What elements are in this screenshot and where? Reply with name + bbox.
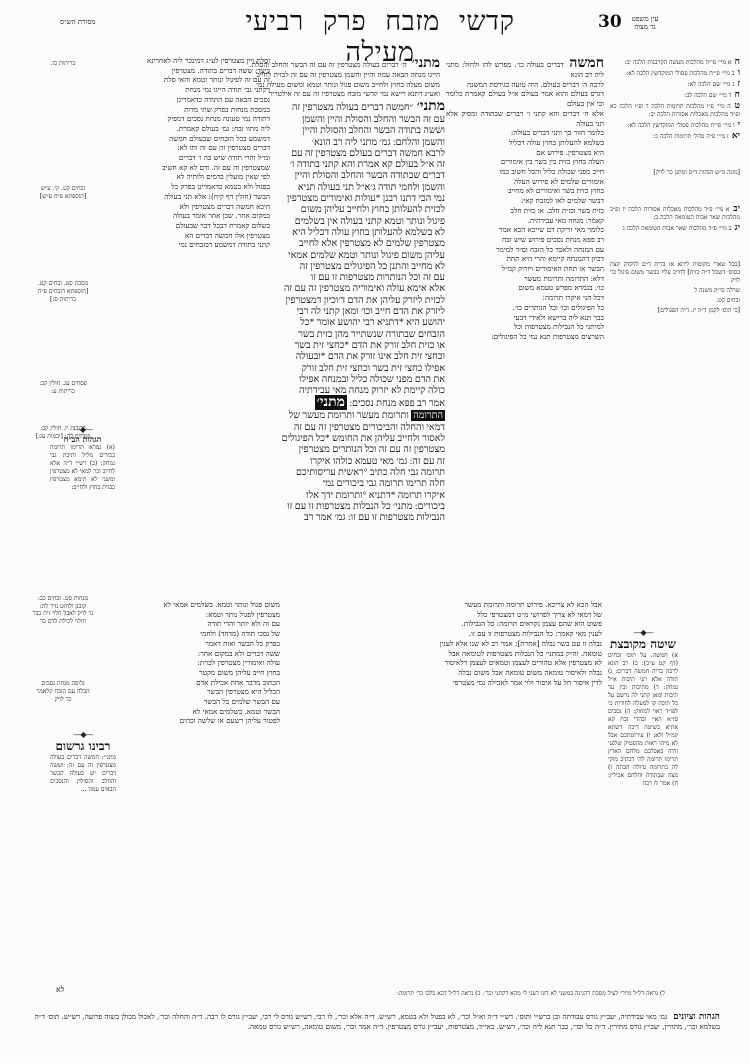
tosafot-line: במקום אחר. שכן אחר אומר בעולה [140,211,270,221]
ornament-divider: —◆— [50,425,115,434]
rashi-line: של דמאי לא צריך לפרושי מ״ט דמצטרפי כלל [282,610,602,620]
mishnah-marker-boxed: מתני׳ [315,395,347,410]
tosafot-line: דתודה נמי טעונה מנחת נסכים דמפיק [140,114,270,124]
ein-mishpat-letter: ט [731,102,740,111]
mesoret-hashas-header: מסורת הש״ס [60,18,95,26]
rashi-line: דגרס בעולם והוא אמר בעולם א״ל בעולם קאמר… [446,89,604,108]
gemara-line: לא בשלמא להעלותן בחוץ עולה דכליל היא [273,227,445,238]
gemara-line: חלה תרימו תרומה גבי ביכורים נמי [273,478,445,489]
rashi-line: כלומר מאי זריקת דם שייכא הכא אמר [446,225,604,235]
tosafot-line: משום מעלה בחוץ ולחייב משום פגול ונותר וט… [140,80,440,90]
gemara-line: והשמן ולחמי תודה ג׳א״ל תני בעולה תניא [273,182,445,193]
ein-mishpat-note: יב א מיי׳ פ״ד מהלכות מאכלות אסורות הלכה … [610,205,740,222]
tosafot-line: ואע״ג דתנא רישא נמי קדשי מזבח מצטרפין זה… [140,89,440,96]
hagahot-habach-title: הגהות הב״ח [50,434,115,444]
gemara-line: מתני׳ ״חמשה דברים בעולה מצטרפין זה [273,100,445,114]
mesoret-note: כריתות כו. [8,60,118,68]
tosafot-line: דמשמע בכל הזבחים שבעולם חמשה [140,134,270,144]
shita-mekubetzet-text: א) חמשה. על תוס׳ זבחים (דף קט ע״ב): ב) ר… [608,652,678,862]
tosafot-line: שמצטרפין זה עם זה. ודם לא קא חשיב [140,163,270,173]
gemara-line: לאסור ולחייב עליהן את החומש *כל הפיגולים [273,433,445,444]
ein-mishpat-note: שרלה סי״ק משנה ל [610,287,740,295]
tosafot-line: היכא חמשה דברים מצטרפין ולא [140,202,270,212]
ein-mishpat-note: יג ב מיי׳ פ״ד מהלכות שאר אבות הטומאה הלכ… [610,224,740,233]
gemara-line: מצטרפין שלמים לא מצטרפין אלא לחייב [273,238,445,249]
rashi-line: אימורים שלמים לא פירוש העלה [446,177,604,187]
tosafot-commentary: וסלת ויין מצטרפין לע״ג דמינכר ליה לאחרינ… [140,56,270,656]
gemara-line: או כזית חלב זורק את הדם *כחצי זית בשר [273,340,445,351]
gemara-line: התרומה ותרומת מעשר ותרומת מעשר של [273,410,445,421]
rashi-line: אלא ה׳ דברים והא קתני ו׳ דברים שבתודה ומ… [446,109,604,128]
mesoret-note: נר לויק לאבל חלוי זית כבר חולוי לכילת לד… [8,610,118,626]
gemara-line: פיגול ונותר וטמא קתני בעולה אין בשלמים [273,216,445,227]
gemara-line: דמאי והחלה והביכורים מצטרפין זה עם זה [273,422,445,433]
tosafot-line: בפרק כל הבשר ואות דאמר [120,639,280,649]
mesoret-note: מסכת סט. ובחים קט. [תוספתא דזבחים פ״ח כר… [8,280,118,304]
tosafot-line: לפי שאין מועלין בדמים ולותיה לא [140,172,270,182]
gemara-line: כולה קיימת לא יזרוק מנחה מאי עבידתיה [273,385,445,396]
tosafot-line: עם זה ולא יותר והרי תודה [120,619,280,629]
rashi-line: הבשר או תחת האימורים ויזרוק קמ״ל [446,264,604,274]
ornament-divider: —◆— [50,730,116,739]
rashi-line: חייב מפני שכולה כליל והכל חשוב כמו [446,167,604,177]
tosafot-line: ומ״ל והרי תודה שיש בה ו׳ דברים [140,153,270,163]
gemara-line: הזבחים שבתורה שנשתייר מהן כזית בשר [273,329,445,340]
rashi-line: לענין מאי קאמר: כל הנבילות מצטרפות זו עם… [282,629,602,639]
rashi-line: רב פפא מנחת נסכים פירוש שיש זבח [446,235,604,245]
gemara-line: דברים שבתודה הבשר והחלב והסולת והיין [273,170,445,181]
page-number: 30 [598,12,622,32]
ein-mishpat-column: ח א מיי׳ פי״ח מהלכות מעשה הקרבנות הלכה י… [610,58,740,317]
rashi-line: למיתני כל הנבילות מצטרפות וכל [446,322,604,332]
rashi-line: כו׳. בגמרא מפרש טעמא משום [446,283,604,293]
ein-mishpat-letter: יא [729,132,740,141]
rashi-line: העלה בחוץ כזית בין בשר בין אימורים [446,157,604,167]
ein-mishpat-letter: יג [732,224,740,233]
gemara-line: וששה בתודה הבשר והחלב והסולת והיין [273,125,445,136]
ein-mishpat-note: ו ב מיי׳ פי״ח מהלכות פסולי המוקדשין הלכה… [610,69,740,78]
footer-entry: מצטרפין. ד״ה אמר וכר׳, משום טומאה, רש״ש … [248,1022,412,1031]
tosafot-line: הבשר (חולין דף קיח): אלא תני בעולה [140,192,270,202]
rashi-line: טומאה. וה״ק במתני׳ כל הנבלות מצטרפות לטו… [282,649,602,659]
ein-mishpat-letter: ח [732,58,740,67]
gemara-line: אפילו כחצי זית בשר וכחצי זית חלב זורק [273,363,445,374]
tosafot-opening: מתני׳ ה׳ דברים בעולה מצטרפין זה עם זה הב… [140,56,440,96]
shita-mekubetzet-section: —◆— שיטה מקובצת א) חמשה. על תוס׳ זבחים (… [608,628,678,862]
ein-mishpat-letter: ז [734,80,740,89]
rashi-line: בשלמא להעלותן בחוץ עולה דכליל [446,138,604,148]
bottom-note: ל) נראה דל״ל מיירי לעיל מסכת דהגינה במשנ… [235,990,665,998]
gemara-line: לא מחייב והתנן כל הפיגולים מצטרפין זה [273,261,445,272]
rashi-line: לדין איסור חל על איסור ולוי אמר לאכילה נ… [282,678,602,688]
rabbeinu-gershom-text: מתני׳: חמשה דברים בעולה מצטרפין זה עם זה… [50,754,116,794]
gemara-line: ביכורים: מתני׳ כל הנבלות מצטרפות זו עם ז… [273,501,445,512]
ein-mishpat-letter: ח [732,91,740,100]
tosafot-line: מתני׳ ה׳ דברים בעולה מצטרפין זה עם זה הב… [140,56,440,70]
gemara-line: נמי הכי דתנו רבנן *עולות ואימורים מצטרפי… [273,193,445,204]
ein-mishpat-note: ח ד מיי׳ שם הלכה לב: [610,91,740,100]
hagahot-vetziyunim: הגהות וציונים גמ׳ מאי עבידתיה, יעב״ץ גור… [20,1012,720,1032]
rashi-line: עם המנחה ולאבד כל הזבח וס״ד למימר [446,245,604,255]
gemara-line: וכחצי זית חלב אינו זורק את הדם *ובעולה [273,351,445,362]
footer-entries: גמ׳ מאי עבידתיה, יעב״ץ גורס עבודתה וכן ב… [35,1012,720,1031]
gemara-line: לכזית ליזרק עליהן את הדם ד׳וכיון דמצטרפי… [273,295,445,306]
ein-mishpat-note: ובחים קט. [610,297,740,305]
tosafot-lower-block: משום פגול ונותר וטמא. בשלמים אמאי לאמצטר… [120,600,280,800]
ein-mishpat-note: ט ה מיי׳ פ״ו מהלכות תרומות הלכה ד ופ״ו ה… [610,102,740,119]
tosafot-line: דברים מצטרפין זה עם זה ותו לא: [140,143,270,153]
lead-word: מתני׳ [407,56,440,71]
ein-mishpat-letter: יב [729,205,740,214]
rashi-line: פשוט הוא שהם עצמן נקראים תרומה: כל הנביל… [282,619,602,629]
tosafot-line: מצטרפין אלו חמשה דברים הא [140,231,270,241]
gemara-line: איקרו תרומה *דתניא °ותרומת ידך אלו [273,490,445,501]
tosafot-line: מצטרפין לפגול נותר וטמא: [120,610,280,620]
mesoret-note: מנחות סט. זבחים כב: קובנן ולחוט נזיר לת: [8,595,118,611]
rashi-line: נבלה ולאיסור טומאה משום טומאה אבל משום נ… [282,668,602,678]
tosafot-line: לפטור עליהן רשעם או שלשה וכהים [120,716,280,726]
rashi-line: דכיון דהמנחה קיימא והרי היא תחת [446,254,604,264]
tosafot-line: בפגול ולא בטמא כדאמרינן בפרק כל [140,182,270,192]
tosafot-line: בחוץ חייב עליהן משום מקטר [120,668,280,678]
rashi-line: כבר תנא ליה ברישא ולאידי דבעי [446,313,604,323]
gemara-line: אמר רב פפא מנחת נסכים: מתני׳ [273,396,445,410]
rashi-lower-block: אבל הכא לא צריכא. פירוש תרומה ותרומת מעש… [282,600,602,770]
tosafot-line: של נסכי תודה (מדהד) ולחמי [120,629,280,639]
ein-mishpat-note: ח א מיי׳ פי״ח מהלכות מעשה הקרבנות הלכה י… [610,58,740,67]
ein-mishpat-note: יא ז מיי׳ פ״ה מהל׳ תרומות הלכה כ: [610,132,740,141]
gemara-line: זה עם זה: גמ׳ מאי טעמא כולהו איקרו [273,456,445,467]
gemara-line: זה א״ל בעולם קא אמרת והא קתני בתודה ו׳ [273,159,445,170]
rashi-commentary: חמשה דברים בעולה כו׳. מפרש להו ולחזל: מת… [446,56,604,596]
tosafot-line: משום פגול ונותר וטמא. בשלמים אמאי לא [120,600,280,610]
footer-entry: גמ׳ מאי עבידתיה, יעב״ץ גורס עבודתה וכן ב… [513,1012,667,1021]
ein-mishpat-note: [כי הוס׳ לקמן ד״ה יז. ד״ה הפגולים] [610,307,740,315]
gemara-line: לרבא חמשה דברים בעולם מצטרפין זה עם [273,148,445,159]
gemara-line: מצטרפין זה עם זה וכל הנותרים מצטרפין [273,444,445,455]
rashi-line: לא מצטרפין אלא טהורים לעצמן וטמאים לעצמן… [282,658,602,668]
tosafot-line: הכליל היא מצטרפין הבשר [120,687,280,697]
ein-mishpat-note: [מוגה מ״ש הגהות ד״ס ומתנן כר לויק] [610,169,740,177]
ein-mishpat-note: [בכל שארי מקומות ליתא או בדית ד״ם לדקדק … [610,261,740,285]
rashi-line: דבשר שלמים לאו למזבח קאי: [446,196,604,206]
gemara-line: אלא אימא עולה ואימוריה מצטרפין זה עם זה [273,283,445,294]
tosafot-line: בשלום קאמרת דבכל דבר שבעולם [140,221,270,231]
tosafot-line: הייגו מנחה הבאה עמה והיין והשמן מצטרפין … [140,70,440,80]
tosafot-line: קתני בתודה דמשמע דבזבחים נמי [140,240,270,250]
rashi-line: היא מצטרפין. פירוש אם [446,148,604,158]
rashi-line: השרצים מצטרפות תנא נמי כל הפיגולים: [446,332,604,342]
footer-label: הגהות וציונים [673,1012,720,1022]
boxed-term: התרומה [411,410,445,421]
tosafot-line: עולה ואימורין מצטרפין לכזית: [120,658,280,668]
tosafot-line: נסכים הבאה עם התודה כדאמרינן [140,95,270,105]
ein-mishpat-header: עין משפט נר מצוה [625,15,665,31]
tosafot-line: ששה דברים ולא במקום אחר: [120,649,280,659]
rashi-line: כל הפיגולים וכו׳ וכל הנותרים כו׳. [446,303,604,313]
ein-mishpat-note: י ו מיי׳ פי״ח מהלכות פסולי המוקדשין הלכה… [610,121,740,130]
rashi-line: בחוץ כזית בשר ואימורים לא מחייב [446,186,604,196]
mesoret-note: זבחים קט. קי. ע״ש [תוספתא פ״ח ע״ש] [8,185,118,201]
rashi-line: דכל הני איקרו תרומה: [446,293,604,303]
mesoret-note: גלוסה מנחת נסכים הבלה עם הזבח קלאמר כר ל… [8,680,118,704]
rashi-line: אבל הכא לא צריכא. פירוש תרומה ותרומת מעש… [282,600,602,610]
catchword: לא [56,985,65,994]
ein-mishpat-note: ז ג מיי׳ שם הלכה לא: [610,80,740,89]
hagahot-habach-text: (א) גמרא תרימו תרומה בכורים מליל ותיבת ג… [50,444,115,492]
mishnah-marker: מתני׳ [413,100,445,114]
tosafot-line: הבשר וטמא. בשלמים אמאי לא [120,707,280,717]
gemara-line: עליהן משום פיגול ונותר וטמא שלמים אמאי [273,250,445,261]
tosafot-line: במסכת מנחות בפרק שתי מדות [140,105,270,115]
gemara-main-text: מתני׳ ״חמשה דברים בעולה מצטרפין זהעם זה … [273,100,445,580]
gemara-line: והשמן והלחם: גמ׳ מתני ליה רב הונא׳ [273,137,445,148]
rashi-line: דלא: התרומה ותרומת מעשר [446,274,604,284]
rashi-line: לרבה ה׳ דברים בעולם. היה טועה בגירסת המש… [446,80,604,90]
tosafot-line: ליה מתוו זבח: גמ׳ בעולם קאמרת. [140,124,270,134]
gemara-line: הנבילות מצטרפות זו עם זו: גמ׳ אמר רב [273,512,445,523]
gemara-line: עם זה וכל הנותרות מצטרפות זו עם זו [273,272,445,283]
tosafot-line: הכתוב מדבר אחת אכילת אדם [120,678,280,688]
gemara-line: את הדם מפני שכולה כליל ובמנחה אפילו [273,374,445,385]
gemara-line: לכזית להעלותן בחוץ ולחייב עליהן משום [273,204,445,215]
lead-word: חמשה [564,56,604,71]
tosafot-line: עם הבשר שלמים כל הבשר [120,697,280,707]
footer-entry: רש״י ד״ה וא״ל וכר׳, לא בפגול ולא בטמא, ר… [202,1012,513,1021]
ein-mishpat-letter: ו [735,69,740,78]
gemara-line: תרומה גבי חלה כתיב °ראשית עריסותיכם [273,467,445,478]
ornament-divider: —◆— [608,628,678,637]
rabbeinu-gershom-section: —◆— רבינו גרשום מתני׳: חמשה דברים בעולה … [50,730,116,794]
rashi-line: כלומר חזור בך ותני דברים בעולה: [446,128,604,138]
gemara-line: יהושע היא *דתניא רבי יהושע אומר *כל [273,317,445,328]
mesoret-note: פסחים עג. חולין קכ: כריתות ע: [8,380,118,396]
shita-mekubetzet-title: שיטה מקובצת [608,637,678,652]
rashi-line: כזית בשר וכזית חלב. או כזית חלב [446,206,604,216]
gemara-line: עם זה הבשר והחלב והסולת והיין והשמן [273,114,445,125]
rashi-line: נבלה זו עם בשר נבלה [אחרת]: אמר רב לא שנ… [282,639,602,649]
hagahot-habach-section: —◆— הגהות הב״ח (א) גמרא תרימו תרומה בכור… [50,425,115,492]
footer-entry: ד״ה והחלה וכר׳, לאכול מכולן בשוה פרועה, … [59,1012,202,1021]
gemara-line: ליזרק את הדם חייב וכו׳ ומאן קתני לה רבי [273,306,445,317]
rabbeinu-gershom-title: רבינו גרשום [50,739,116,754]
rashi-line: חמשה דברים בעולה כו׳. מפרש להו ולחזל: מת… [446,56,604,80]
ein-mishpat-letter: י [735,121,741,130]
rashi-line: קאמר: מנחה מאי עבידתיה. [446,216,604,226]
